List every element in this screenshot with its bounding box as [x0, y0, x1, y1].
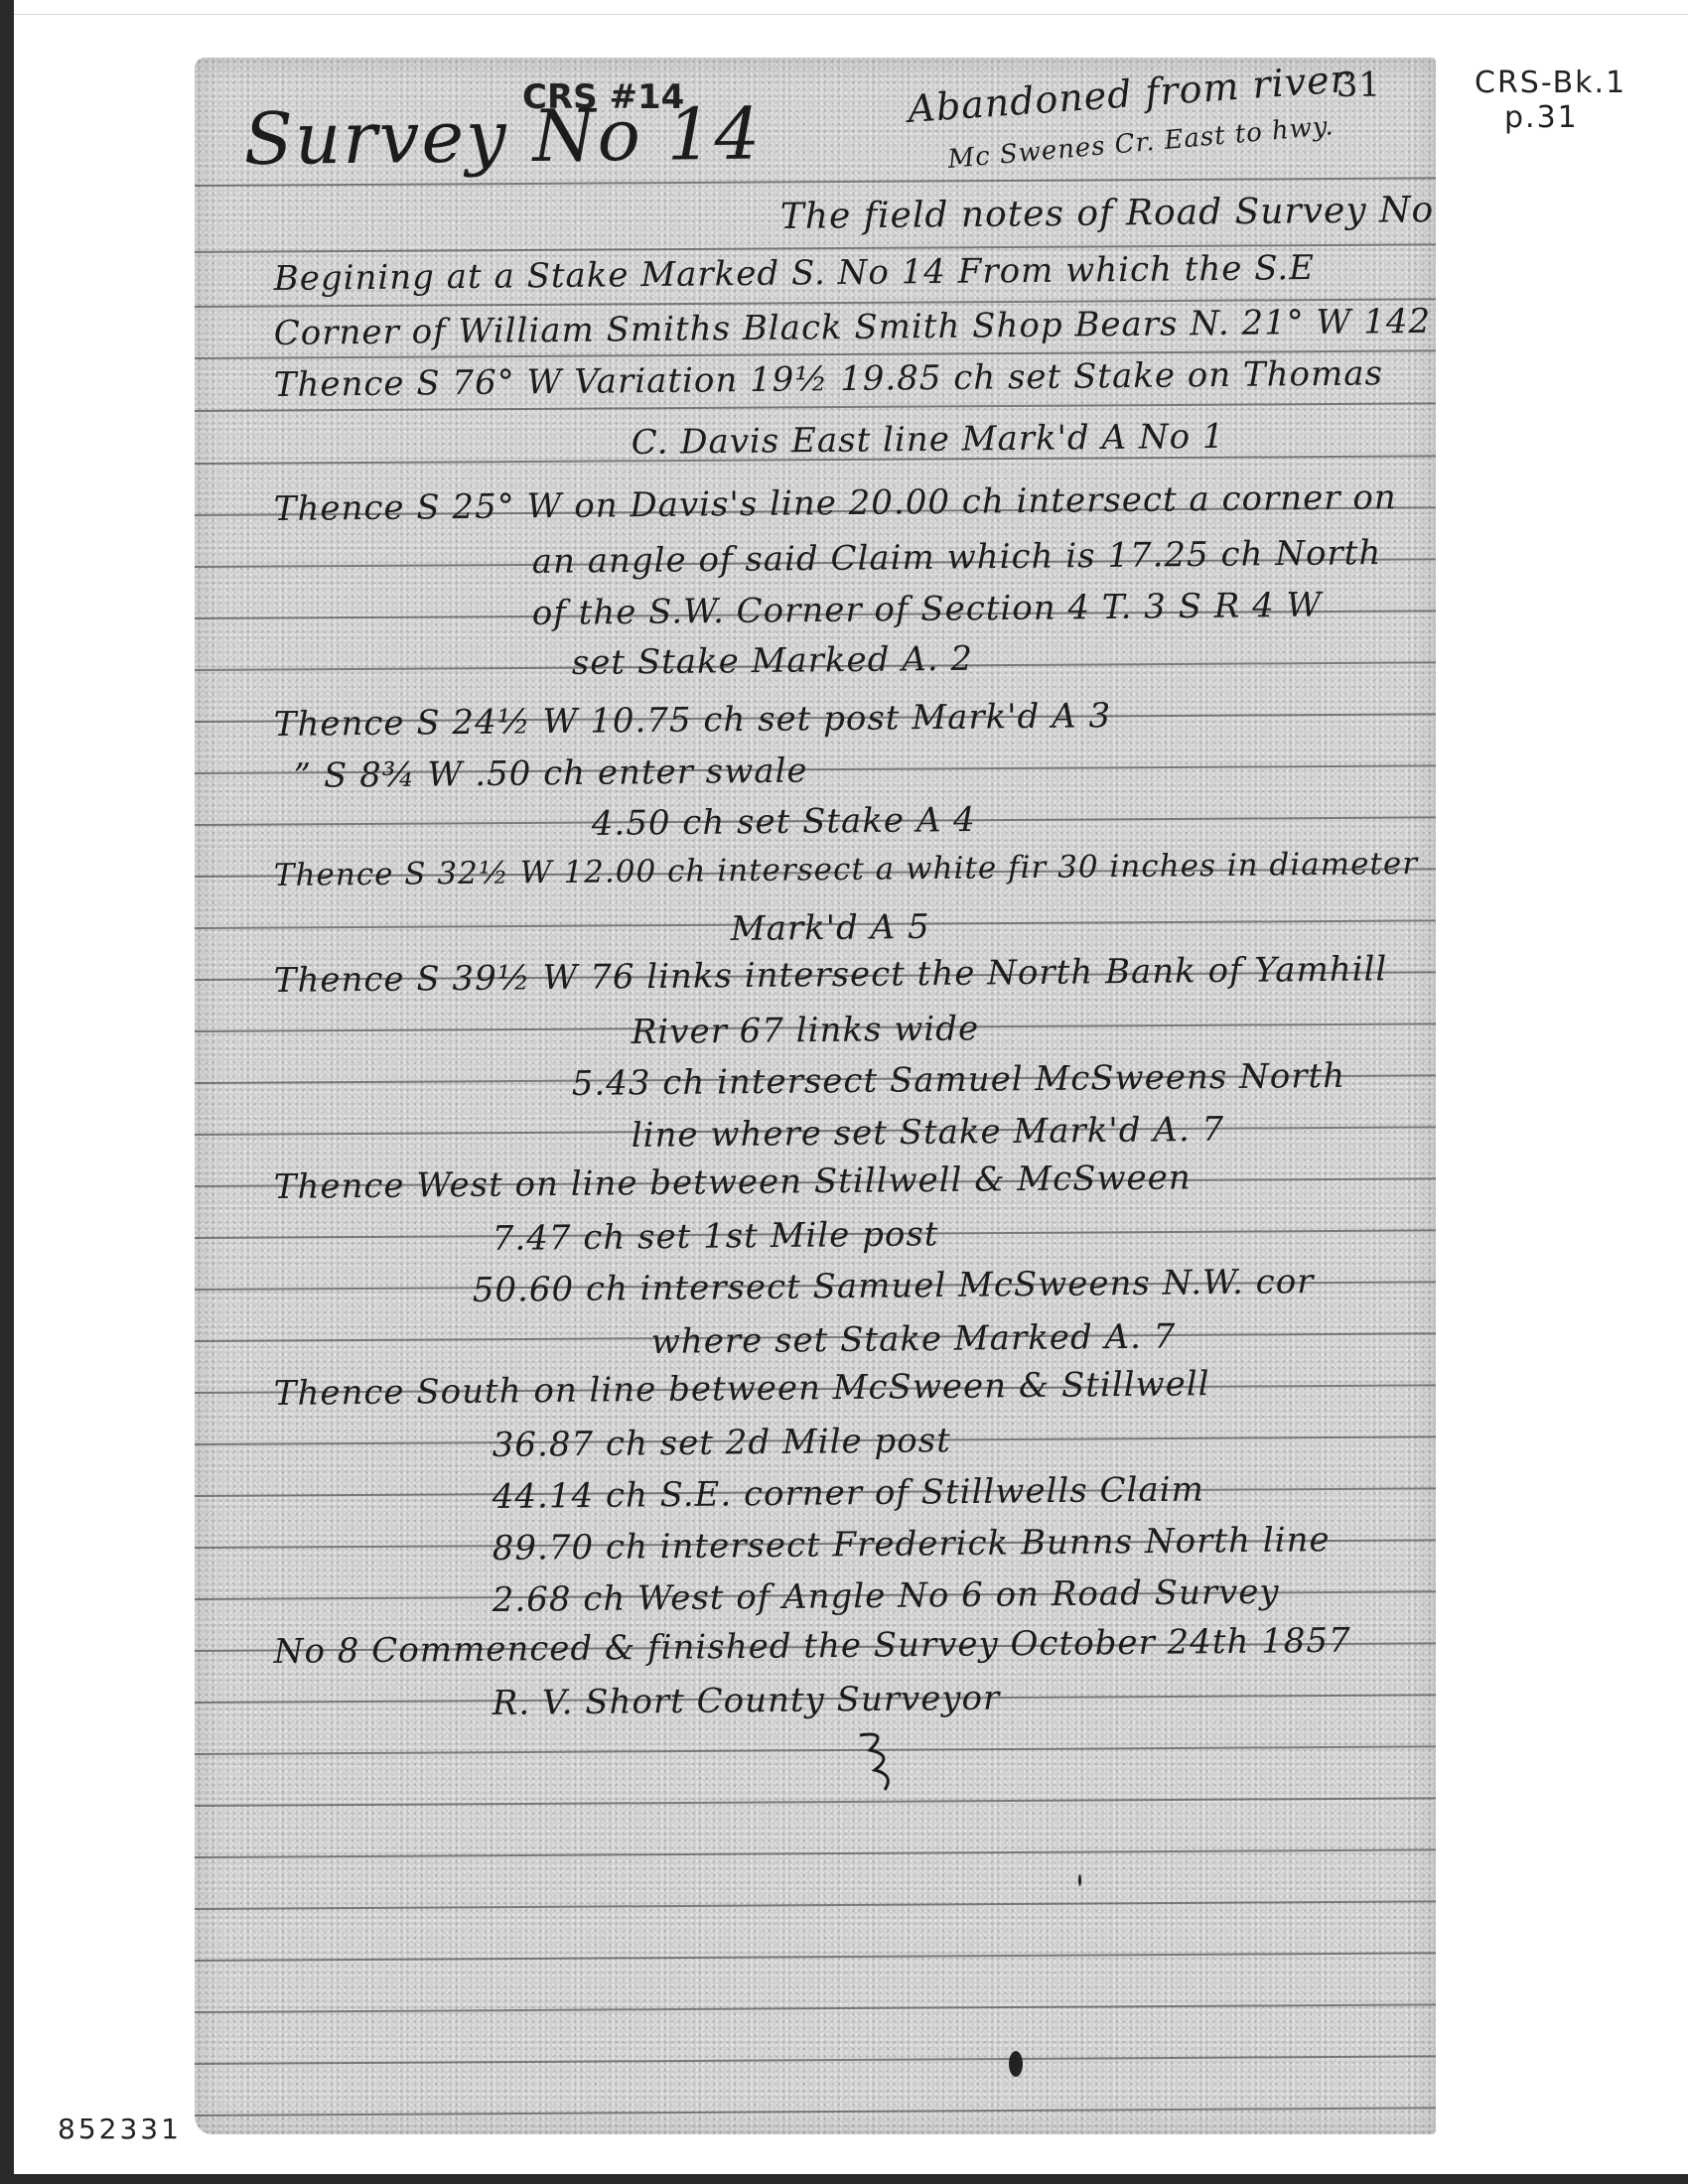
- book-reference: CRS-Bk.1 p.31: [1475, 66, 1626, 135]
- note-line: Thence West on line between Stillwell & …: [274, 1158, 1192, 1207]
- image-number: 852331: [58, 2113, 182, 2145]
- note-line: 2.68 ch West of Angle No 6 on Road Surve…: [492, 1572, 1280, 1620]
- note-line: line where set Stake Mark'd A. 7: [632, 1110, 1225, 1156]
- note-line: C. Davis East line Mark'd A No 1: [632, 417, 1225, 463]
- ruled-line: [195, 1848, 1436, 1858]
- note-line: 44.14 ch S.E. corner of Stillwells Claim: [492, 1469, 1204, 1517]
- ruled-line: [195, 1900, 1436, 1910]
- ledger-page: CRS #14 31 Survey No 14 Abandoned from r…: [195, 58, 1436, 2134]
- note-line: ” S 8¾ W .50 ch enter swale: [294, 751, 808, 796]
- note-line: Thence S 24½ W 10.75 ch set post Mark'd …: [274, 696, 1112, 745]
- scan-top-edge: [0, 0, 1688, 15]
- book-reference-line1: CRS-Bk.1: [1475, 66, 1626, 100]
- note-line: Thence South on line between McSween & S…: [274, 1364, 1210, 1414]
- note-line: Corner of William Smiths Black Smith Sho…: [274, 302, 1432, 353]
- note-line: No 8 Commenced & finished the Survey Oct…: [274, 1621, 1351, 1672]
- signature-flourish-icon: [850, 1725, 910, 1795]
- note-line: Thence S 76° W Variation 19½ 19.85 ch se…: [274, 353, 1384, 405]
- note-line: set Stake Marked A. 2: [572, 639, 974, 683]
- note-line: where set Stake Marked A. 7: [651, 1316, 1177, 1362]
- signature-line: R. V. Short County Surveyor: [492, 1679, 1001, 1723]
- note-line: 89.70 ch intersect Frederick Bunns North…: [492, 1520, 1331, 1569]
- ruled-line: [195, 1952, 1436, 1962]
- note-line: Thence S 25° W on Davis's line 20.00 ch …: [274, 478, 1397, 529]
- note-line: 36.87 ch set 2d Mile post: [492, 1421, 951, 1465]
- field-notes-heading: The field notes of Road Survey No 14: [780, 189, 1436, 237]
- note-line: of the S.W. Corner of Section 4 T. 3 S R…: [532, 586, 1323, 633]
- note-line: Mark'd A 5: [731, 907, 930, 949]
- note-line: 50.60 ch intersect Samuel McSweens N.W. …: [473, 1262, 1315, 1310]
- note-line: Begining at a Stake Marked S. No 14 From…: [274, 248, 1316, 299]
- ruled-line: [195, 2055, 1436, 2065]
- page-title: Survey No 14: [243, 92, 763, 181]
- note-line: River 67 links wide: [632, 1009, 980, 1052]
- book-reference-line2: p.31: [1504, 100, 1626, 135]
- note-line: Thence S 39½ W 76 links intersect the No…: [274, 949, 1388, 1001]
- ruled-line: [195, 1797, 1436, 1807]
- note-line: 7.47 ch set 1st Mile post: [492, 1214, 939, 1259]
- ruled-line: [195, 2003, 1436, 2013]
- ink-speck: [1078, 1874, 1081, 1886]
- note-line: an angle of said Claim which is 17.25 ch…: [532, 533, 1382, 582]
- note-line: 4.50 ch set Stake A 4: [592, 800, 976, 844]
- ink-blot: [1009, 2051, 1023, 2077]
- note-line: 5.43 ch intersect Samuel McSweens North: [572, 1056, 1346, 1104]
- ruled-line: [195, 2107, 1436, 2116]
- note-line: Thence S 32½ W 12.00 ch intersect a whit…: [274, 846, 1419, 893]
- ruled-line: [195, 1745, 1436, 1755]
